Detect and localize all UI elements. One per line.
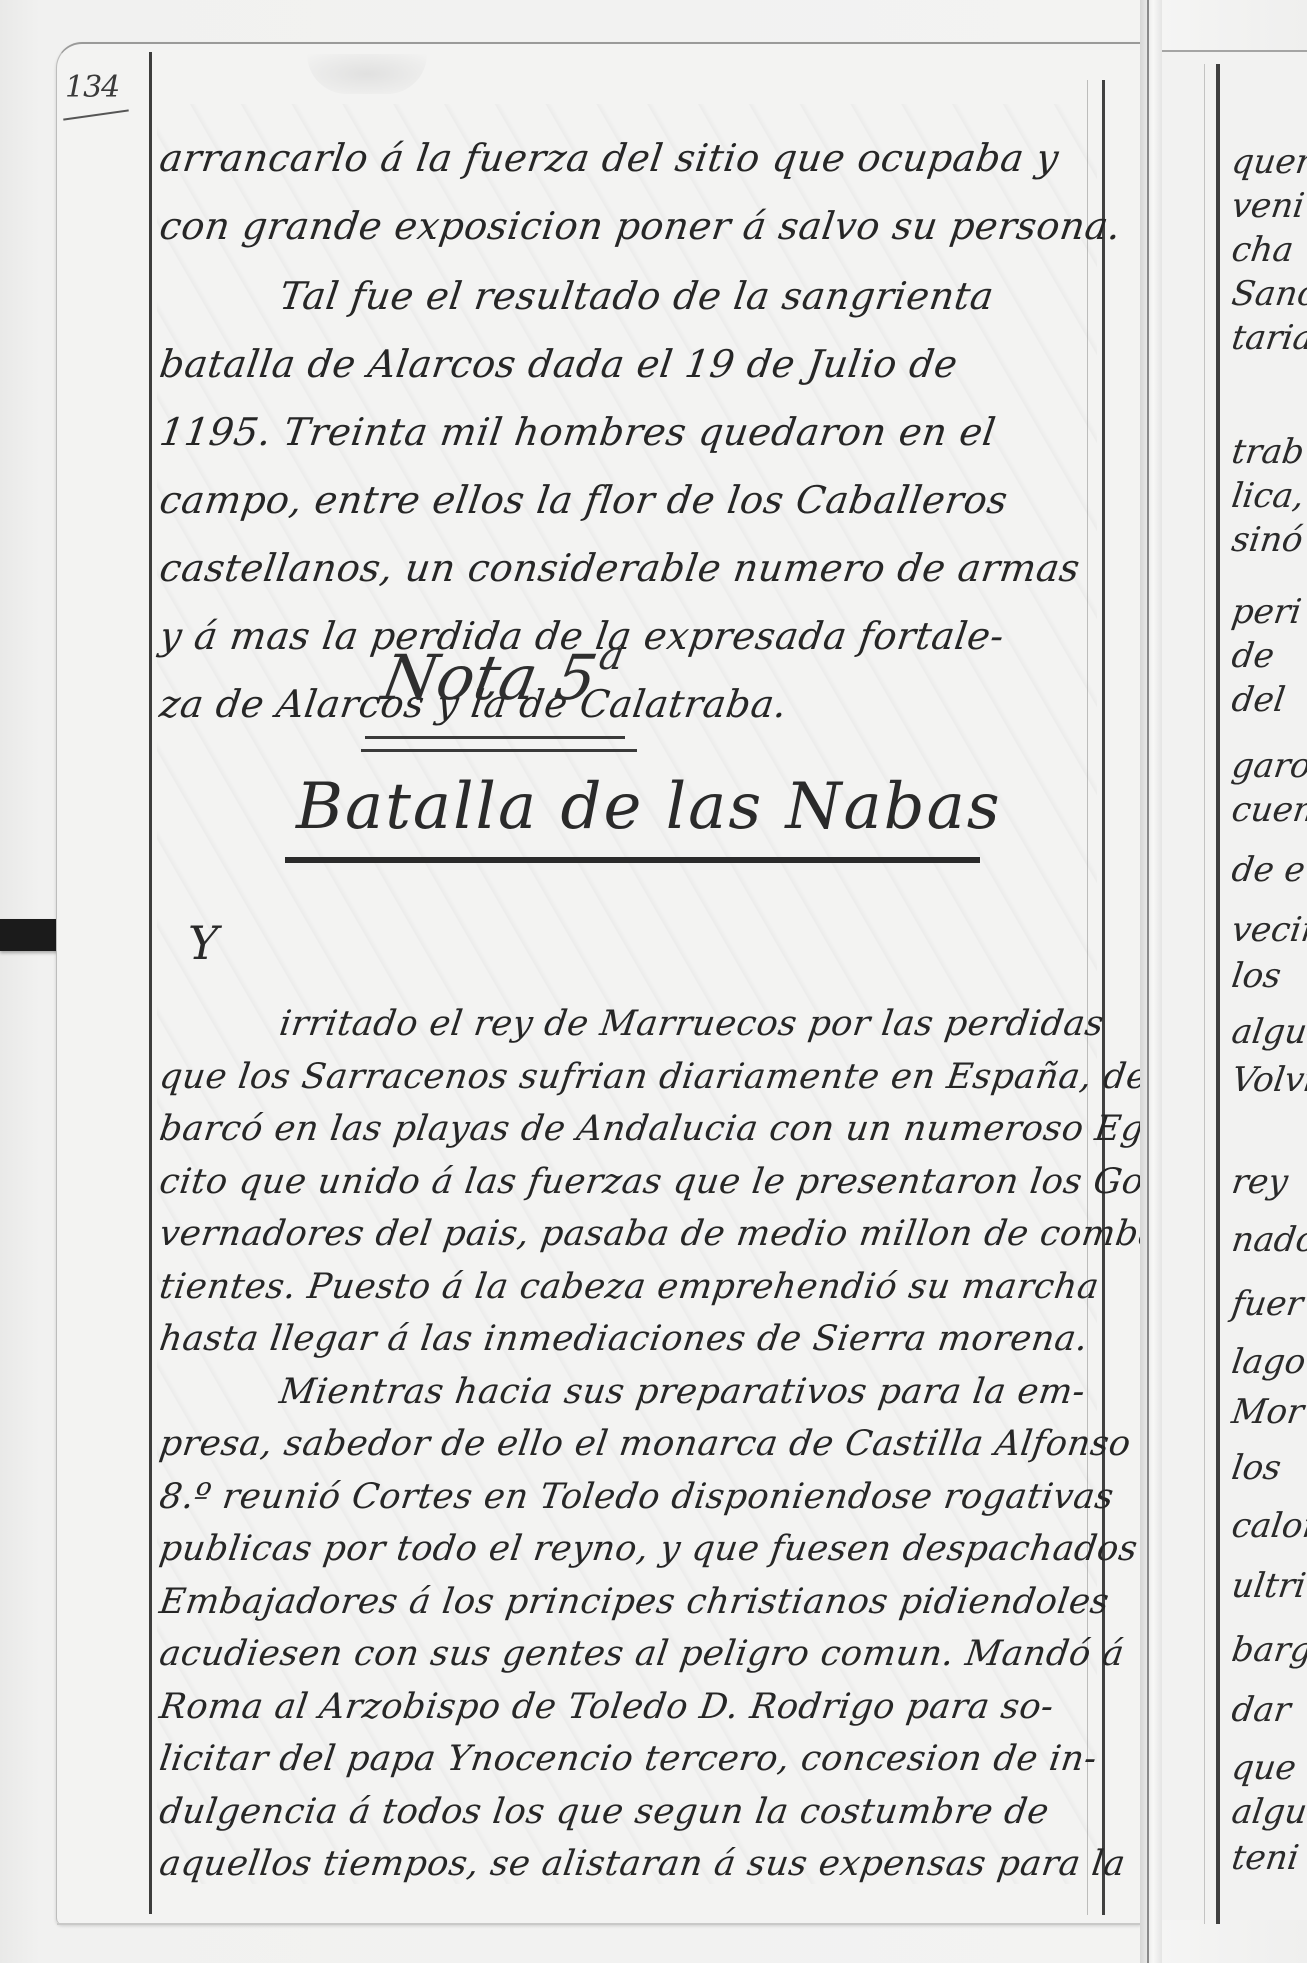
fragment-line: lago — [1229, 1342, 1307, 1382]
text-line: presa, sabedor de ello el monarca de Cas… — [157, 1424, 1133, 1464]
fragment-line: los — [1229, 1448, 1283, 1488]
right-page-fragment: quer veni cha Sanc taria trab lica, sinó… — [1162, 50, 1307, 1920]
note-underline-1 — [365, 736, 625, 739]
fragment-line: los — [1229, 956, 1283, 996]
text-line: Roma al Arzobispo de Toledo D. Rodrigo p… — [157, 1687, 1056, 1727]
note-underline-2 — [361, 749, 637, 752]
text-line: acudiesen con sus gentes al peligro comu… — [157, 1634, 1127, 1674]
text-line: Mientras hacia sus preparativos para la … — [277, 1372, 1088, 1412]
section-title: Batalla de las Nabas — [296, 770, 1002, 844]
text-line: vernadores del pais, pasaba de medio mil… — [157, 1214, 1175, 1254]
fragment-line: vecin — [1229, 910, 1307, 950]
fragment-line: que — [1229, 1748, 1298, 1788]
text-line: 8.º reunió Cortes en Toledo disponiendos… — [157, 1477, 1116, 1517]
fragment-line: teni — [1229, 1838, 1301, 1878]
fragment-line: ultri — [1229, 1566, 1307, 1606]
text-line: licitar del papa Ynocencio tercero, conc… — [157, 1739, 1099, 1779]
text-line: aquellos tiempos, se alistaran á sus exp… — [157, 1844, 1128, 1884]
text-line: irritado el rey de Marruecos por las per… — [277, 1004, 1106, 1044]
fragment-line: lica, — [1229, 476, 1306, 516]
fragment-line: Volvi — [1229, 1060, 1307, 1100]
gutter-fold-line — [1147, 0, 1149, 1963]
fragment-line: garo — [1229, 746, 1307, 786]
fragment-line: de e — [1229, 850, 1307, 890]
right-page-faint-rule — [1204, 64, 1205, 1924]
page-number: 134 — [65, 70, 119, 105]
left-page: 134 arrancarlo á la fuerza del sitio que… — [56, 42, 1141, 1924]
fragment-line: taria — [1229, 318, 1307, 358]
text-line: con grande exposicion poner á salvo su p… — [157, 204, 1124, 248]
fragment-line: Mor — [1229, 1392, 1306, 1432]
right-page-margin-rule — [1216, 64, 1220, 1924]
text-line: que los Sarracenos sufrian diariamente e… — [157, 1057, 1236, 1097]
fragment-line: nado — [1229, 1220, 1307, 1260]
manuscript-scan: 134 arrancarlo á la fuerza del sitio que… — [0, 0, 1307, 1963]
fragment-line: algu — [1229, 1792, 1307, 1832]
fragment-line: fuer — [1229, 1284, 1305, 1324]
fragment-line: cha — [1229, 230, 1296, 270]
fragment-line: de — [1229, 636, 1277, 676]
fragment-line: del — [1229, 680, 1287, 720]
page-number-underline — [63, 109, 129, 120]
text-line: barcó en las playas de Andalucia con un … — [157, 1109, 1198, 1149]
fragment-line: barg — [1229, 1630, 1307, 1670]
book-gutter — [1140, 0, 1162, 1963]
fragment-line: calor — [1229, 1506, 1307, 1546]
fragment-line: algu — [1229, 1012, 1307, 1052]
water-stain — [307, 54, 427, 94]
fragment-line: rey — [1229, 1162, 1290, 1202]
fragment-line: veni — [1229, 186, 1307, 226]
text-line: hasta llegar á las inmediaciones de Sier… — [157, 1319, 1091, 1359]
note-heading: Nota 5a — [377, 633, 628, 714]
drop-cap: Y — [188, 916, 218, 970]
text-line: campo, entre ellos la flor de los Caball… — [157, 478, 1011, 522]
fragment-line: sinó — [1229, 520, 1305, 560]
fragment-line: trab — [1229, 432, 1307, 472]
fragment-line: peri — [1229, 592, 1304, 632]
text-line: Embajadores á los principes christianos … — [157, 1582, 1112, 1622]
title-underline — [285, 857, 980, 863]
fragment-line: Sanc — [1229, 274, 1307, 314]
fragment-line: dar — [1229, 1690, 1293, 1730]
text-line: castellanos, un considerable numero de a… — [157, 546, 1083, 590]
text-line: publicas por todo el reyno, y que fuesen… — [157, 1529, 1140, 1569]
fragment-line: cuen — [1229, 790, 1307, 830]
text-line: arrancarlo á la fuerza del sitio que ocu… — [157, 136, 1062, 180]
text-line: batalla de Alarcos dada el 19 de Julio d… — [157, 342, 961, 386]
left-margin-rule — [149, 52, 152, 1914]
text-line: Tal fue el resultado de la sangrienta — [277, 274, 997, 318]
fragment-line: quer — [1229, 142, 1307, 182]
note-heading-text: Nota 5 — [377, 641, 602, 714]
text-line: cito que unido á las fuerzas que le pres… — [157, 1162, 1159, 1202]
text-line: 1195. Treinta mil hombres quedaron en el — [157, 410, 999, 454]
text-line: tientes. Puesto á la cabeza emprehendió … — [157, 1267, 1102, 1307]
text-line: dulgencia á todos los que segun la costu… — [157, 1792, 1052, 1832]
